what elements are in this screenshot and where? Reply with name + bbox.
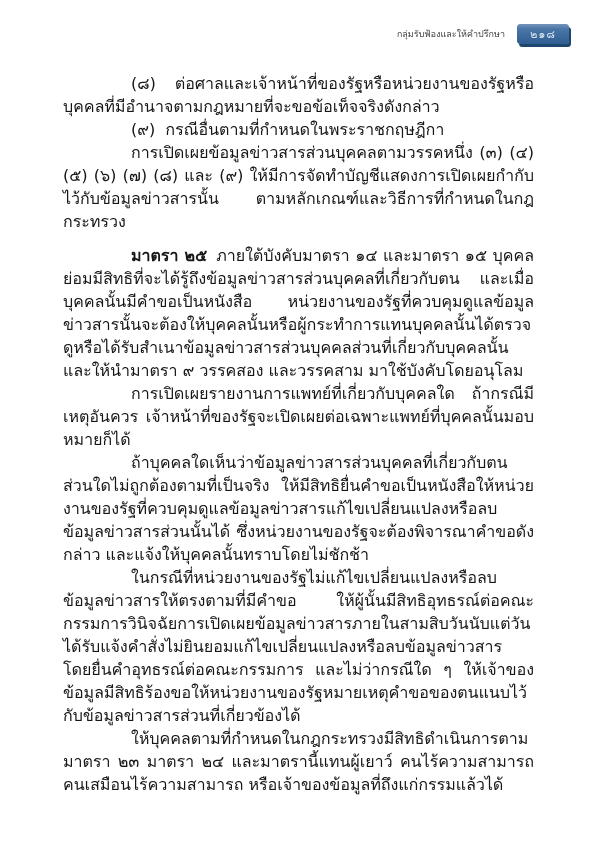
paragraph-text: ในกรณีที่หน่วยงานของรัฐไม่แก้ไขเปลี่ยนแป… (63, 568, 534, 725)
paragraph-representative-rights: ให้บุคคลตามที่กำหนดในกฎกระทรวงมีสิทธิดำเ… (63, 727, 534, 796)
paragraph-appeal: ในกรณีที่หน่วยงานของรัฐไม่แก้ไขเปลี่ยนแป… (63, 566, 534, 727)
paragraph-text: (๙) กรณีอื่นตามที่กำหนดในพระราชกฤษฎีกา (131, 120, 444, 139)
page-number: ๒๑๘ (530, 29, 556, 40)
paragraph-text: (๘) ต่อศาลและเจ้าหน้าที่ของรัฐหรือหน่วยง… (63, 74, 534, 116)
paragraph-medical-report: การเปิดเผยรายงานการแพทย์ที่เกี่ยวกับบุคค… (63, 382, 534, 451)
paragraph-text: ภายใต้บังคับมาตรา ๑๔ และมาตรา ๑๕ บุคคลย่… (63, 246, 534, 380)
section-number-label: มาตรา ๒๕ (131, 246, 216, 265)
document-body: (๘) ต่อศาลและเจ้าหน้าที่ของรัฐหรือหน่วยง… (63, 72, 534, 796)
document-page: กลุ่มรับฟ้องและให้คำปรึกษา ๒๑๘ (๘) ต่อศา… (0, 0, 595, 842)
paragraph-text: ถ้าบุคคลใดเห็นว่าข้อมูลข่าวสารส่วนบุคคลท… (63, 453, 534, 564)
paragraph-correction-request: ถ้าบุคคลใดเห็นว่าข้อมูลข่าวสารส่วนบุคคลท… (63, 451, 534, 566)
page-number-badge: ๒๑๘ (517, 24, 569, 44)
paragraph-disclosure-register: การเปิดเผยข้อมูลข่าวสารส่วนบุคคลตามวรรคห… (63, 141, 534, 233)
paragraph-item-9: (๙) กรณีอื่นตามที่กำหนดในพระราชกฤษฎีกา (63, 118, 534, 141)
paragraph-item-8: (๘) ต่อศาลและเจ้าหน้าที่ของรัฐหรือหน่วยง… (63, 72, 534, 118)
header-section-label: กลุ่มรับฟ้องและให้คำปรึกษา (397, 29, 505, 41)
paragraph-text: การเปิดเผยข้อมูลข่าวสารส่วนบุคคลตามวรรคห… (63, 143, 534, 231)
paragraph-text: การเปิดเผยรายงานการแพทย์ที่เกี่ยวกับบุคค… (63, 384, 534, 449)
paragraph-section-25: มาตรา ๒๕ภายใต้บังคับมาตรา ๑๔ และมาตรา ๑๕… (63, 244, 534, 382)
paragraph-text: ให้บุคคลตามที่กำหนดในกฎกระทรวงมีสิทธิดำเ… (63, 729, 534, 794)
